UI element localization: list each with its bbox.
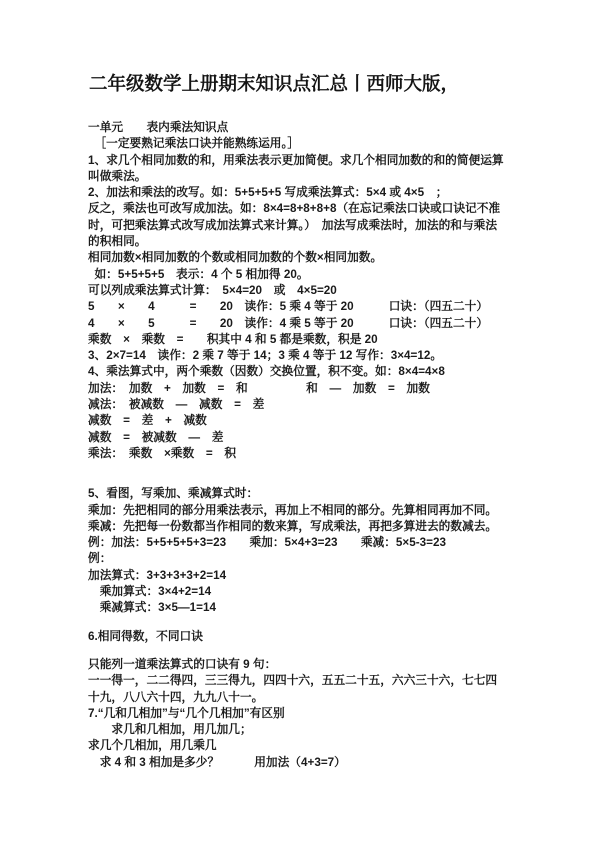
blank-line [88,474,548,486]
text-line: 叫做乘法。 [88,169,548,185]
text-line: 5、看图，写乘加、乘减算式时： [88,486,548,502]
text-line: 乘加算式：3×4+2=14 [88,584,548,600]
text-line: 4 × 5 = 20 读作：4 乘 5 等于 20 口诀：（四五二十） [88,316,548,332]
text-line: 加法算式：3+3+3+3+2=14 [88,568,548,584]
text-line: 乘法： 乘数 ×乘数 = 积 [88,446,548,462]
document-title: 二年级数学上册期末知识点汇总丨西师大版， [89,70,459,96]
blank-line [88,617,548,629]
text-line: 减数 = 被减数 — 差 [88,430,548,446]
blank-line [88,645,548,657]
text-line: 乘减算式：3×5—1=14 [88,600,548,616]
text-line: 3、2×7=14 读作：2 乘 7 等于 14；3 乘 4 等于 12 写作：3… [88,348,548,364]
text-line: 反之，乘法也可改写成加法。如：8×4=8+8+8+8（在忘记乘法口诀或口诀记不准 [88,201,548,217]
blank-line [88,462,548,474]
text-line: 求几个几相加，用几乘几 [88,738,548,754]
text-line: 相同加数×相同加数的个数或相同加数的个数×相同加数。 [88,250,548,266]
text-line: 一一得一，二二得四，三三得九，四四十六，五五二十五，六六三十六，七七四 [88,673,548,689]
text-line: 1、求几个相同加数的和，用乘法表示更加简便。求几个相同加数的和的简便运算 [88,153,548,169]
text-line: 加法： 加数 + 加数 = 和 和 — 加数 = 加数 [88,381,548,397]
text-line: 乘加：先把相同的部分用乘法表示，再加上不相同的部分。先算相同再加不同。 [88,503,548,519]
text-line: 乘减：先把每一份数都当作相同的数来算，写成乘法，再把多算进去的数减去。 [88,519,548,535]
text-line: ［一定要熟记乘法口诀并能熟练运用。］ [88,136,548,152]
text-line: 如：5+5+5+5 表示：4 个 5 相加得 20。 [88,267,548,283]
text-line: 求几和几相加，用几加几； [88,722,548,738]
text-line: 5 × 4 = 20 读作：5 乘 4 等于 20 口诀：（四五二十） [88,299,548,315]
text-line: 6.相同得数，不同口诀 [88,629,548,645]
text-line: 求 4 和 3 相加是多少？ 用加法（4+3=7） [88,755,548,771]
text-line: 减法： 被减数 — 减数 = 差 [88,397,548,413]
text-line: 可以列成乘法算式计算： 5×4=20 或 4×5=20 [88,283,548,299]
text-line: 减数 = 差 + 减数 [88,413,548,429]
text-line: 乘数 × 乘数 = 积其中 4 和 5 都是乘数，积是 20 [88,332,548,348]
text-line: 2、加法和乘法的改写。如：5+5+5+5 写成乘法算式：5×4 或 4×5 ； [88,185,548,201]
text-line: 一单元 表内乘法知识点 [88,120,548,136]
document-page: 二年级数学上册期末知识点汇总丨西师大版， 一单元 表内乘法知识点 ［一定要熟记乘… [0,0,595,842]
text-line: 7.“几和几相加”与“几个几相加”有区别 [88,706,548,722]
text-line: 十九，八八六十四，九九八十一。 [88,690,548,706]
text-line: 时，可把乘法算式改写成加法算式来计算。） 加法写成乘法时，加法的和与乘法 [88,218,548,234]
document-body: 一单元 表内乘法知识点 ［一定要熟记乘法口诀并能熟练运用。］1、求几个相同加数的… [88,120,548,771]
text-line: 例：加法：5+5+5+5+3=23 乘加：5×4+3=23 乘减：5×5-3=2… [88,535,548,551]
text-line: 4、乘法算式中，两个乘数（因数）交换位置，积不变。如：8×4=4×8 [88,364,548,380]
text-line: 例： [88,551,548,567]
text-line: 只能列一道乘法算式的口诀有 9 句： [88,657,548,673]
text-line: 的积相同。 [88,234,548,250]
